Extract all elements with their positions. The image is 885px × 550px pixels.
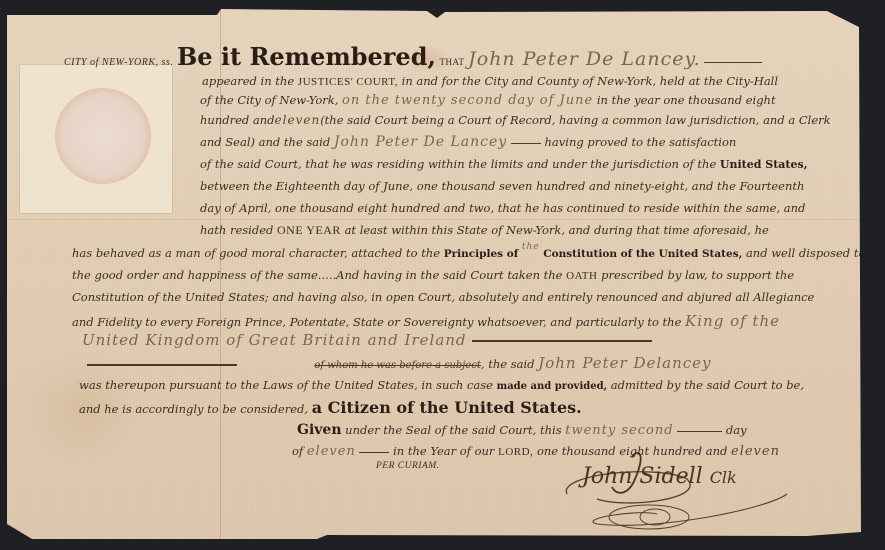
body-line-6: between the Eighteenth day of June, one … bbox=[200, 179, 804, 193]
fold-crease-horizontal bbox=[7, 219, 869, 220]
body-line-9: has behaved as a man of good moral chara… bbox=[72, 246, 865, 260]
signature-title: Clk bbox=[710, 468, 737, 487]
text: and he is accordingly to be considered, bbox=[79, 402, 308, 416]
underline-rule bbox=[511, 143, 541, 144]
text: admitted by the said Court to be, bbox=[611, 378, 804, 392]
body-line-2: of the City of New-York, on the twenty s… bbox=[200, 93, 776, 108]
wavy-fill-rule bbox=[87, 364, 237, 366]
body-line-4: and Seal) and the said John Peter De Lan… bbox=[200, 134, 736, 150]
text: hath resided bbox=[200, 223, 273, 237]
certificate-paper: CITY of NEW-YORK, ss. Be it Remembered, … bbox=[7, 9, 869, 539]
header-line: CITY of NEW-YORK, ss. Be it Remembered, … bbox=[64, 42, 762, 71]
body-line-17: Given under the Seal of the said Court, … bbox=[297, 422, 747, 438]
underline-rule bbox=[704, 62, 762, 63]
body-line-3: hundred andeleven(the said Court being a… bbox=[200, 113, 831, 127]
body-line-7: day of April, one thousand eight hundred… bbox=[200, 201, 805, 215]
text: United Kingdom of Great Britain and Irel… bbox=[82, 331, 467, 349]
handwritten-month: eleven bbox=[307, 444, 356, 459]
handwritten-day: twenty second bbox=[565, 423, 673, 438]
struck-text: of whom he was before a subject bbox=[314, 360, 481, 371]
body-line-1: appeared in the JUSTICES' COURT, in and … bbox=[202, 74, 778, 88]
underline-rule bbox=[359, 452, 389, 453]
text: under the Seal of the said Court, this bbox=[345, 423, 561, 437]
text: in the year one thousand eight bbox=[597, 93, 776, 107]
one-year: ONE YEAR bbox=[277, 223, 341, 237]
handwritten-year: eleven bbox=[275, 113, 321, 127]
text: day bbox=[726, 423, 747, 437]
handwritten-kingdom: United Kingdom of Great Britain and Irel… bbox=[82, 331, 652, 349]
text: the good order and happiness of the same… bbox=[72, 268, 562, 282]
made-provided: made and provided, bbox=[497, 381, 608, 392]
text: of the said Court, that he was residing … bbox=[200, 157, 716, 171]
text: at least within this State of New-York, … bbox=[345, 223, 769, 237]
text: of bbox=[292, 444, 303, 458]
body-line-5: of the said Court, that he was residing … bbox=[200, 157, 808, 171]
text: of the City of New-York, bbox=[200, 93, 338, 107]
body-line-14: of whom he was before a subject, the sai… bbox=[87, 354, 712, 372]
handwritten-date: on the twenty second day of June bbox=[342, 93, 593, 108]
text: has behaved as a man of good moral chara… bbox=[72, 246, 440, 260]
body-line-11: Constitution of the United States; and h… bbox=[72, 290, 814, 304]
body-line-8: hath resided ONE YEAR at least within th… bbox=[200, 223, 769, 238]
given: Given bbox=[297, 422, 342, 438]
text: (the said Court being a Court of Record,… bbox=[320, 113, 830, 127]
text: was thereupon pursuant to the Laws of th… bbox=[79, 378, 493, 392]
applicant-name: John Peter De Lancey. bbox=[468, 48, 701, 70]
body-line-15: was thereupon pursuant to the Laws of th… bbox=[79, 378, 804, 392]
underline-rule bbox=[677, 431, 722, 432]
fill-rule bbox=[472, 340, 652, 342]
text: prescribed by law, to support the bbox=[601, 268, 794, 282]
document-title: Be it Remembered, bbox=[177, 42, 436, 71]
that-label: THAT bbox=[439, 57, 464, 67]
body-line-10: the good order and happiness of the same… bbox=[72, 268, 794, 282]
text: in the Year of our bbox=[393, 444, 494, 458]
court-seal-icon bbox=[55, 88, 151, 184]
text: and well disposed to bbox=[746, 246, 865, 260]
lord: LORD, bbox=[498, 446, 533, 458]
clerk-signature: John Sidell Clk bbox=[582, 464, 737, 489]
signature-flourish-icon bbox=[537, 439, 837, 539]
constitution: Constitution of the United States, bbox=[543, 248, 742, 260]
oath: OATH bbox=[566, 270, 597, 282]
handwritten-king: King of the bbox=[685, 312, 780, 330]
text: having proved to the satisfaction bbox=[545, 135, 737, 149]
seal-wafer bbox=[20, 65, 172, 213]
text: , the said bbox=[481, 357, 535, 371]
applicant-name-2: John Peter De Lancey bbox=[334, 134, 507, 150]
text: and Fidelity to every Foreign Prince, Po… bbox=[72, 315, 681, 329]
per-curiam: PER CURIAM. bbox=[376, 461, 440, 471]
united-states: United States, bbox=[720, 158, 808, 171]
body-line-12: and Fidelity to every Foreign Prince, Po… bbox=[72, 312, 780, 330]
jurisdiction: CITY of NEW-YORK, ss. bbox=[64, 57, 173, 68]
principles: Principles of bbox=[444, 248, 519, 260]
text: in and for the City and County of New-Yo… bbox=[402, 74, 778, 88]
applicant-name-3: John Peter Delancey bbox=[538, 354, 711, 372]
signature-name: John Sidell bbox=[582, 464, 703, 489]
text: and Seal) and the said bbox=[200, 135, 330, 149]
body-line-16: and he is accordingly to be considered, … bbox=[79, 398, 582, 417]
text: hundred and bbox=[200, 113, 275, 127]
court-name: JUSTICES' COURT, bbox=[298, 76, 398, 88]
text: appeared in the bbox=[202, 74, 294, 88]
citizen-declaration: a Citizen of the United States. bbox=[312, 398, 582, 417]
handwritten-insert: the bbox=[522, 242, 540, 252]
